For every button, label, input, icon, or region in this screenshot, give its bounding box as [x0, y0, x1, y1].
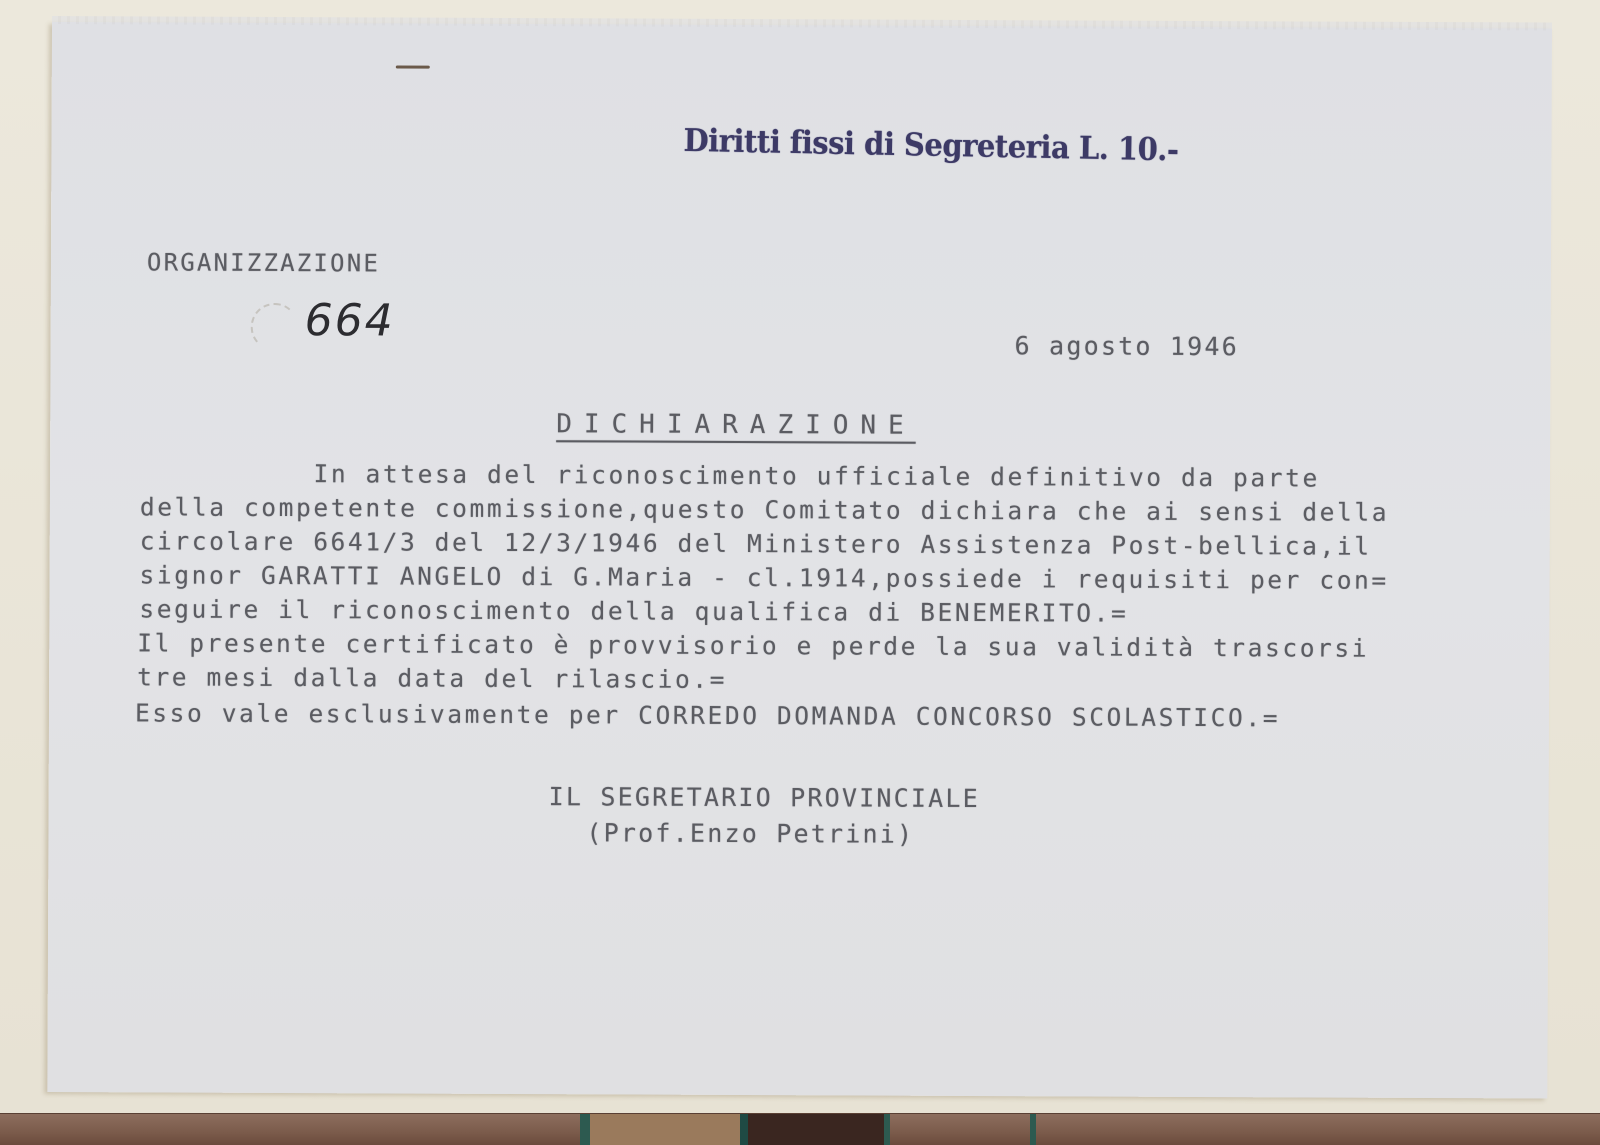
- body-line: In attesa del riconoscimento ufficiale d…: [140, 458, 1320, 492]
- faint-stamp-mark: [251, 303, 299, 351]
- body-line: circolare 6641/3 del 12/3/1946 del Minis…: [140, 526, 1372, 560]
- shelf-segment: [884, 1114, 890, 1145]
- body-line: seguire il riconoscimento della qualific…: [139, 594, 1128, 627]
- body-line: tre mesi dalla data del rilascio.=: [137, 662, 727, 694]
- handwritten-number: 664: [305, 295, 395, 346]
- shelf-segment: [590, 1114, 740, 1145]
- document-date: 6 agosto 1946: [1015, 331, 1239, 361]
- fee-stamp: Diritti fissi di Segreteria L. 10.-: [683, 122, 1179, 168]
- organization-label: ORGANIZZAZIONE: [147, 248, 380, 277]
- shelf-segment: [748, 1114, 888, 1145]
- body-line: Il presente certificato è provvisorio e …: [137, 628, 1369, 662]
- body-line: della competente commissione,questo Comi…: [140, 492, 1389, 526]
- document-title: DICHIARAZIONE: [556, 409, 916, 441]
- pencil-mark: [396, 66, 430, 69]
- signature-title: IL SEGRETARIO PROVINCIALE: [549, 782, 980, 813]
- shelf-segment: [740, 1114, 748, 1145]
- shelf-segment: [1030, 1114, 1036, 1145]
- signature-name: (Prof.Enzo Petrini): [586, 818, 914, 848]
- body-line: Esso vale esclusivamente per CORREDO DOM…: [135, 698, 1280, 732]
- shelf-edge: [0, 1113, 1600, 1145]
- document-sheet: Diritti fissi di Segreteria L. 10.- ORGA…: [47, 22, 1552, 1099]
- shelf-segment: [580, 1114, 590, 1145]
- body-line: signor GARATTI ANGELO di G.Maria - cl.19…: [140, 560, 1389, 594]
